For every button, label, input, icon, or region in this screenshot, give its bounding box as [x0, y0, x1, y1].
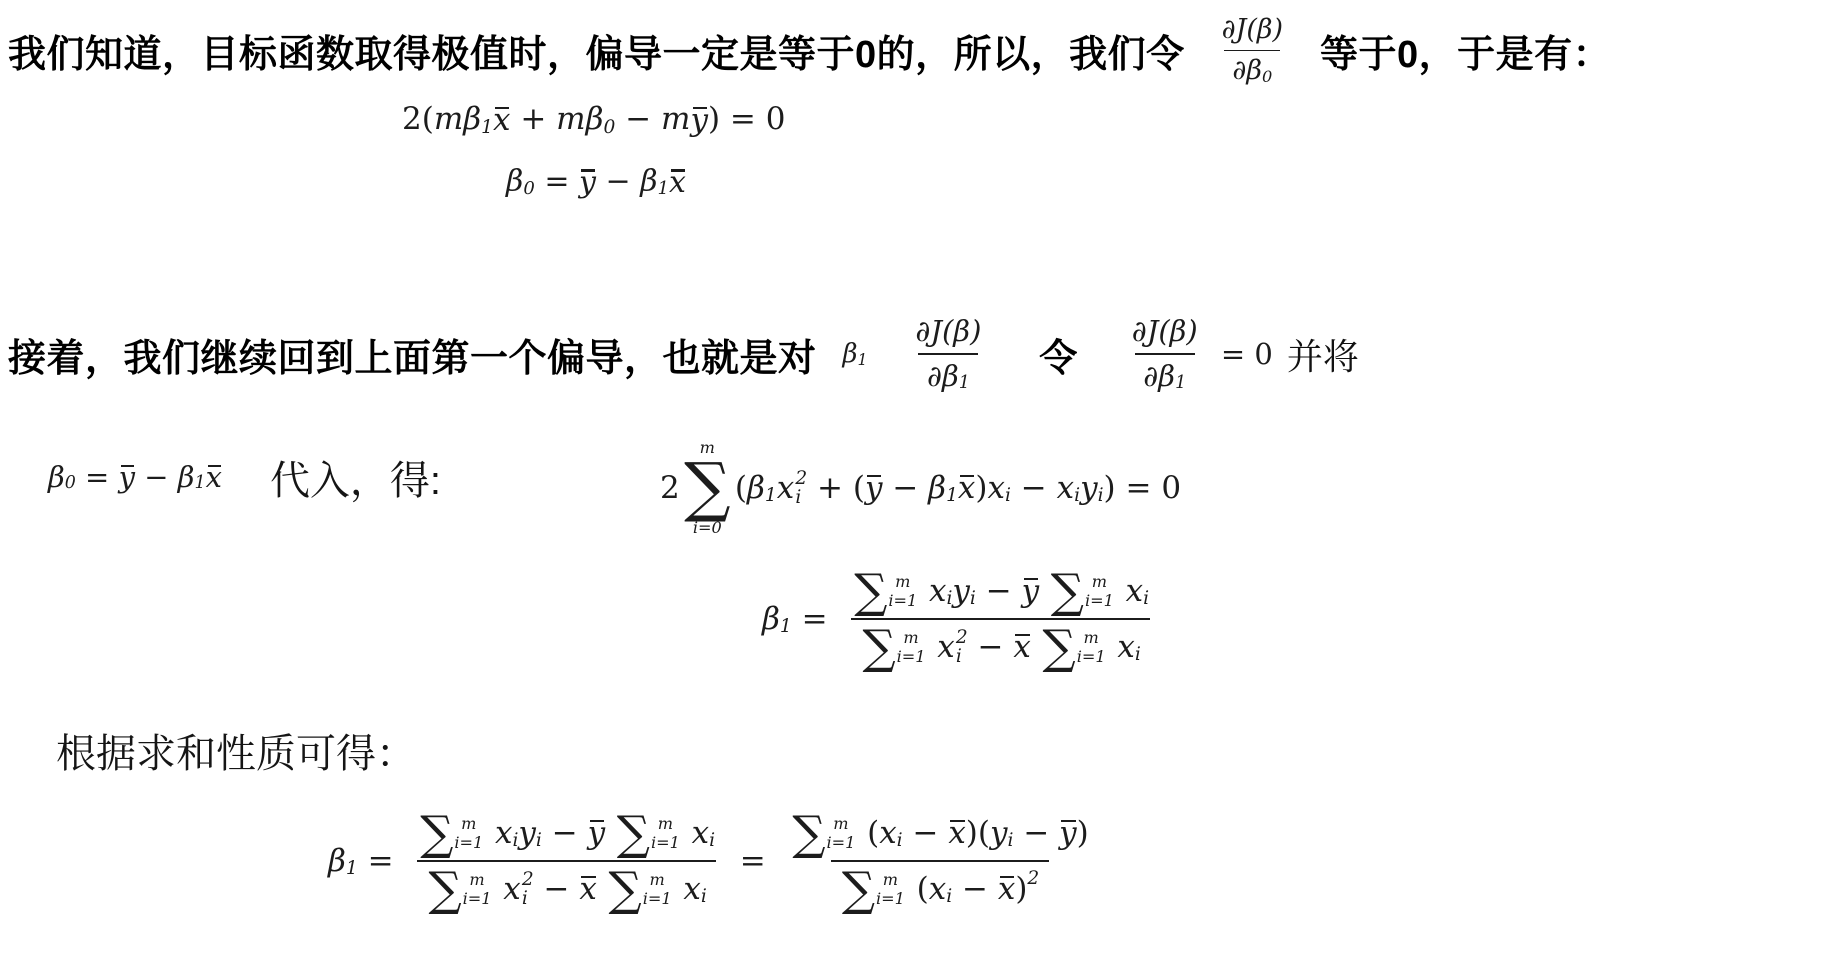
equation-beta0-repeat: β0 = y − β1x	[48, 459, 222, 496]
equation-beta1-solution: β1 = ∑mi=1 xiyi − y ∑mi=1 xi∑mi=1 x2i − …	[762, 568, 1164, 670]
intro-text-before: 我们知道，目标函数取得极值时，偏导一定是等于0的，所以，我们令	[8, 23, 1185, 78]
document-page: 我们知道，目标函数取得极值时，偏导一定是等于0的，所以，我们令 ∂J(β)∂β0…	[0, 0, 1828, 955]
substitution-line: β0 = y − β1x 代入，得:	[48, 444, 441, 510]
sum-property-text: 根据求和性质可得：	[56, 722, 416, 779]
equation-first-derivative-zero: 2(mβ1x + mβ0 − my) = 0	[402, 100, 785, 139]
continue-paragraph: 接着，我们继续回到上面第一个偏导，也就是对 β1 ∂J(β)∂β1 令 ∂J(β…	[8, 286, 1359, 422]
ling-text: 令	[1039, 327, 1078, 382]
intro-text-after: 等于0，于是有：	[1320, 23, 1611, 78]
inline-beta1-symbol: β1	[843, 338, 868, 371]
inline-fraction-dj-dbeta0: ∂J(β)∂β0	[1209, 13, 1296, 88]
substitute-text: 代入，得:	[270, 449, 441, 506]
equation-beta0: β0 = y − β1x	[506, 163, 686, 201]
equation-beta1-final: β1 = ∑mi=1 xiyi − y ∑mi=1 xi∑mi=1 x2i − …	[328, 810, 1104, 912]
intro-paragraph: 我们知道，目标函数取得极值时，偏导一定是等于0的，所以，我们令 ∂J(β)∂β0…	[8, 2, 1611, 98]
continue-text-before: 接着，我们继续回到上面第一个偏导，也就是对	[8, 327, 817, 382]
inline-fraction-dj-dbeta1: ∂J(β)∂β1	[901, 313, 995, 394]
equation-sum-expanded: 2m∑i=0(β1x2i + (y − β1x)xi − xiyi) = 0	[660, 438, 1181, 538]
inline-fraction-dj-dbeta1-eq0: ∂J(β)∂β1 = 0	[1118, 313, 1273, 394]
bingjiang-text: 并将	[1287, 329, 1359, 380]
